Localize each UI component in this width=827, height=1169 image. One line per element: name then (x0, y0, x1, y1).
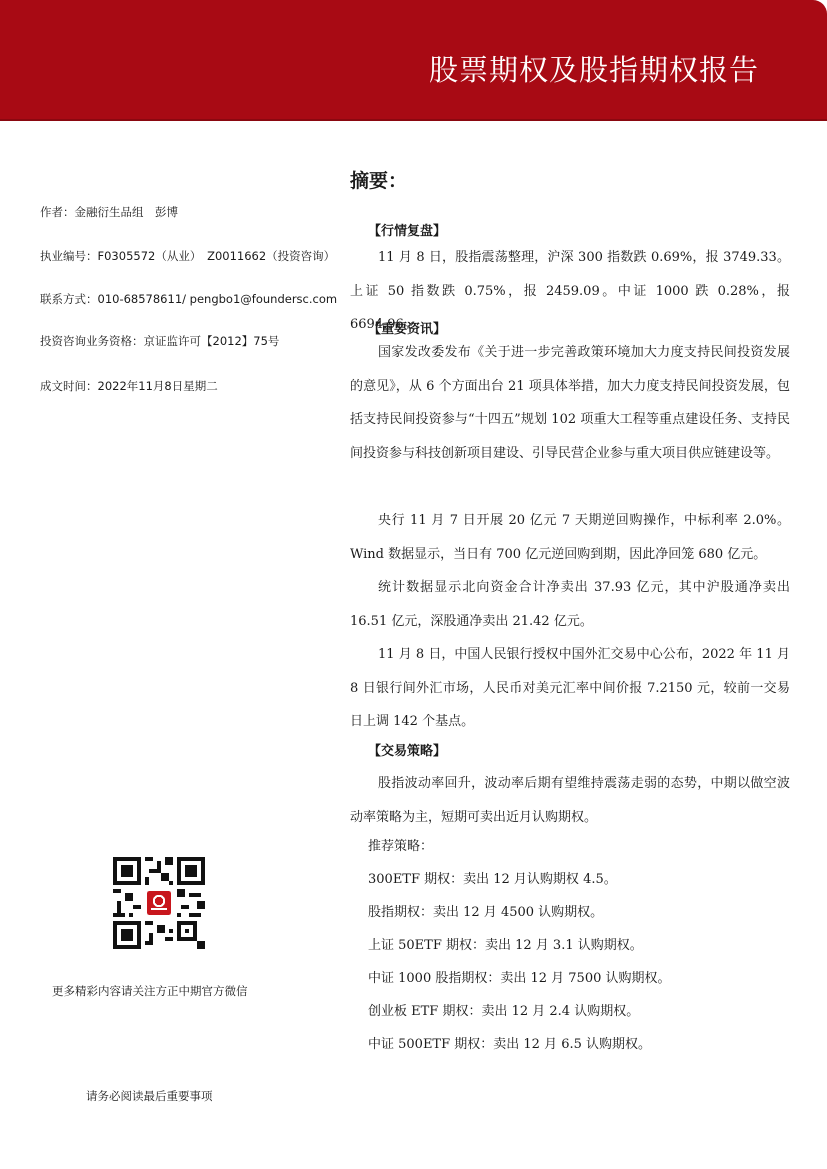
section-heading-market-review: 【行情复盘】 (368, 220, 446, 239)
report-banner: 股票期权及股指期权报告 (0, 0, 827, 121)
section-heading-key-news: 【重要资讯】 (368, 318, 446, 337)
strategy-item: 股指期权：卖出 12 月 4500 认购期权。 (368, 903, 603, 923)
strategy-item: 中证 1000 股指期权：卖出 12 月 7500 认购期权。 (368, 969, 671, 989)
news-paragraph-northbound: 统计数据显示北向资金合计净卖出 37.93 亿元，其中沪股通净卖出 16.51 … (350, 571, 790, 638)
report-title: 股票期权及股指期权报告 (429, 50, 759, 90)
report-date-line: 成文时间：2022年11月8日星期二 (40, 378, 218, 394)
news-paragraph-pboc-repo: 央行 11 月 7 日开展 20 亿元 7 天期逆回购操作，中标利率 2.0%。… (350, 504, 790, 571)
strategy-item: 创业板 ETF 期权：卖出 12 月 2.4 认购期权。 (368, 1002, 639, 1022)
strategy-item: 上证 50ETF 期权：卖出 12 月 3.1 认购期权。 (368, 936, 643, 956)
summary-heading: 摘要： (350, 166, 407, 193)
strategy-item: 300ETF 期权：卖出 12 月认购期权 4.5。 (368, 870, 617, 890)
disclaimer-note: 请务必阅读最后重要事项 (86, 1088, 213, 1104)
section-heading-trading-strategy: 【交易策略】 (368, 740, 446, 759)
author-line: 作者：金融衍生品组 彭博 (40, 204, 178, 220)
qr-caption: 更多精彩内容请关注方正中期官方微信 (52, 983, 248, 999)
recommend-label: 推荐策略： (368, 837, 433, 857)
contact-line: 联系方式：010-68578611/ pengbo1@foundersc.com (40, 291, 337, 307)
qualification-line: 投资咨询业务资格：京证监许可【2012】75号 (40, 333, 279, 349)
news-paragraph-ndrc: 国家发改委发布《关于进一步完善政策环境加大力度支持民间投资发展的意见》，从 6 … (350, 336, 790, 470)
news-paragraph-fx-rate: 11 月 8 日，中国人民银行授权中国外汇交易中心公布，2022 年 11 月 … (350, 638, 790, 739)
wechat-qr-code-icon (113, 857, 205, 949)
strategy-paragraph: 股指波动率回升，波动率后期有望维持震荡走弱的态势，中期以做空波动率策略为主，短期… (350, 767, 790, 834)
strategy-item: 中证 500ETF 期权：卖出 12 月 6.5 认购期权。 (368, 1035, 651, 1055)
license-number-line: 执业编号：F0305572（从业） Z0011662（投资咨询） (40, 248, 335, 264)
